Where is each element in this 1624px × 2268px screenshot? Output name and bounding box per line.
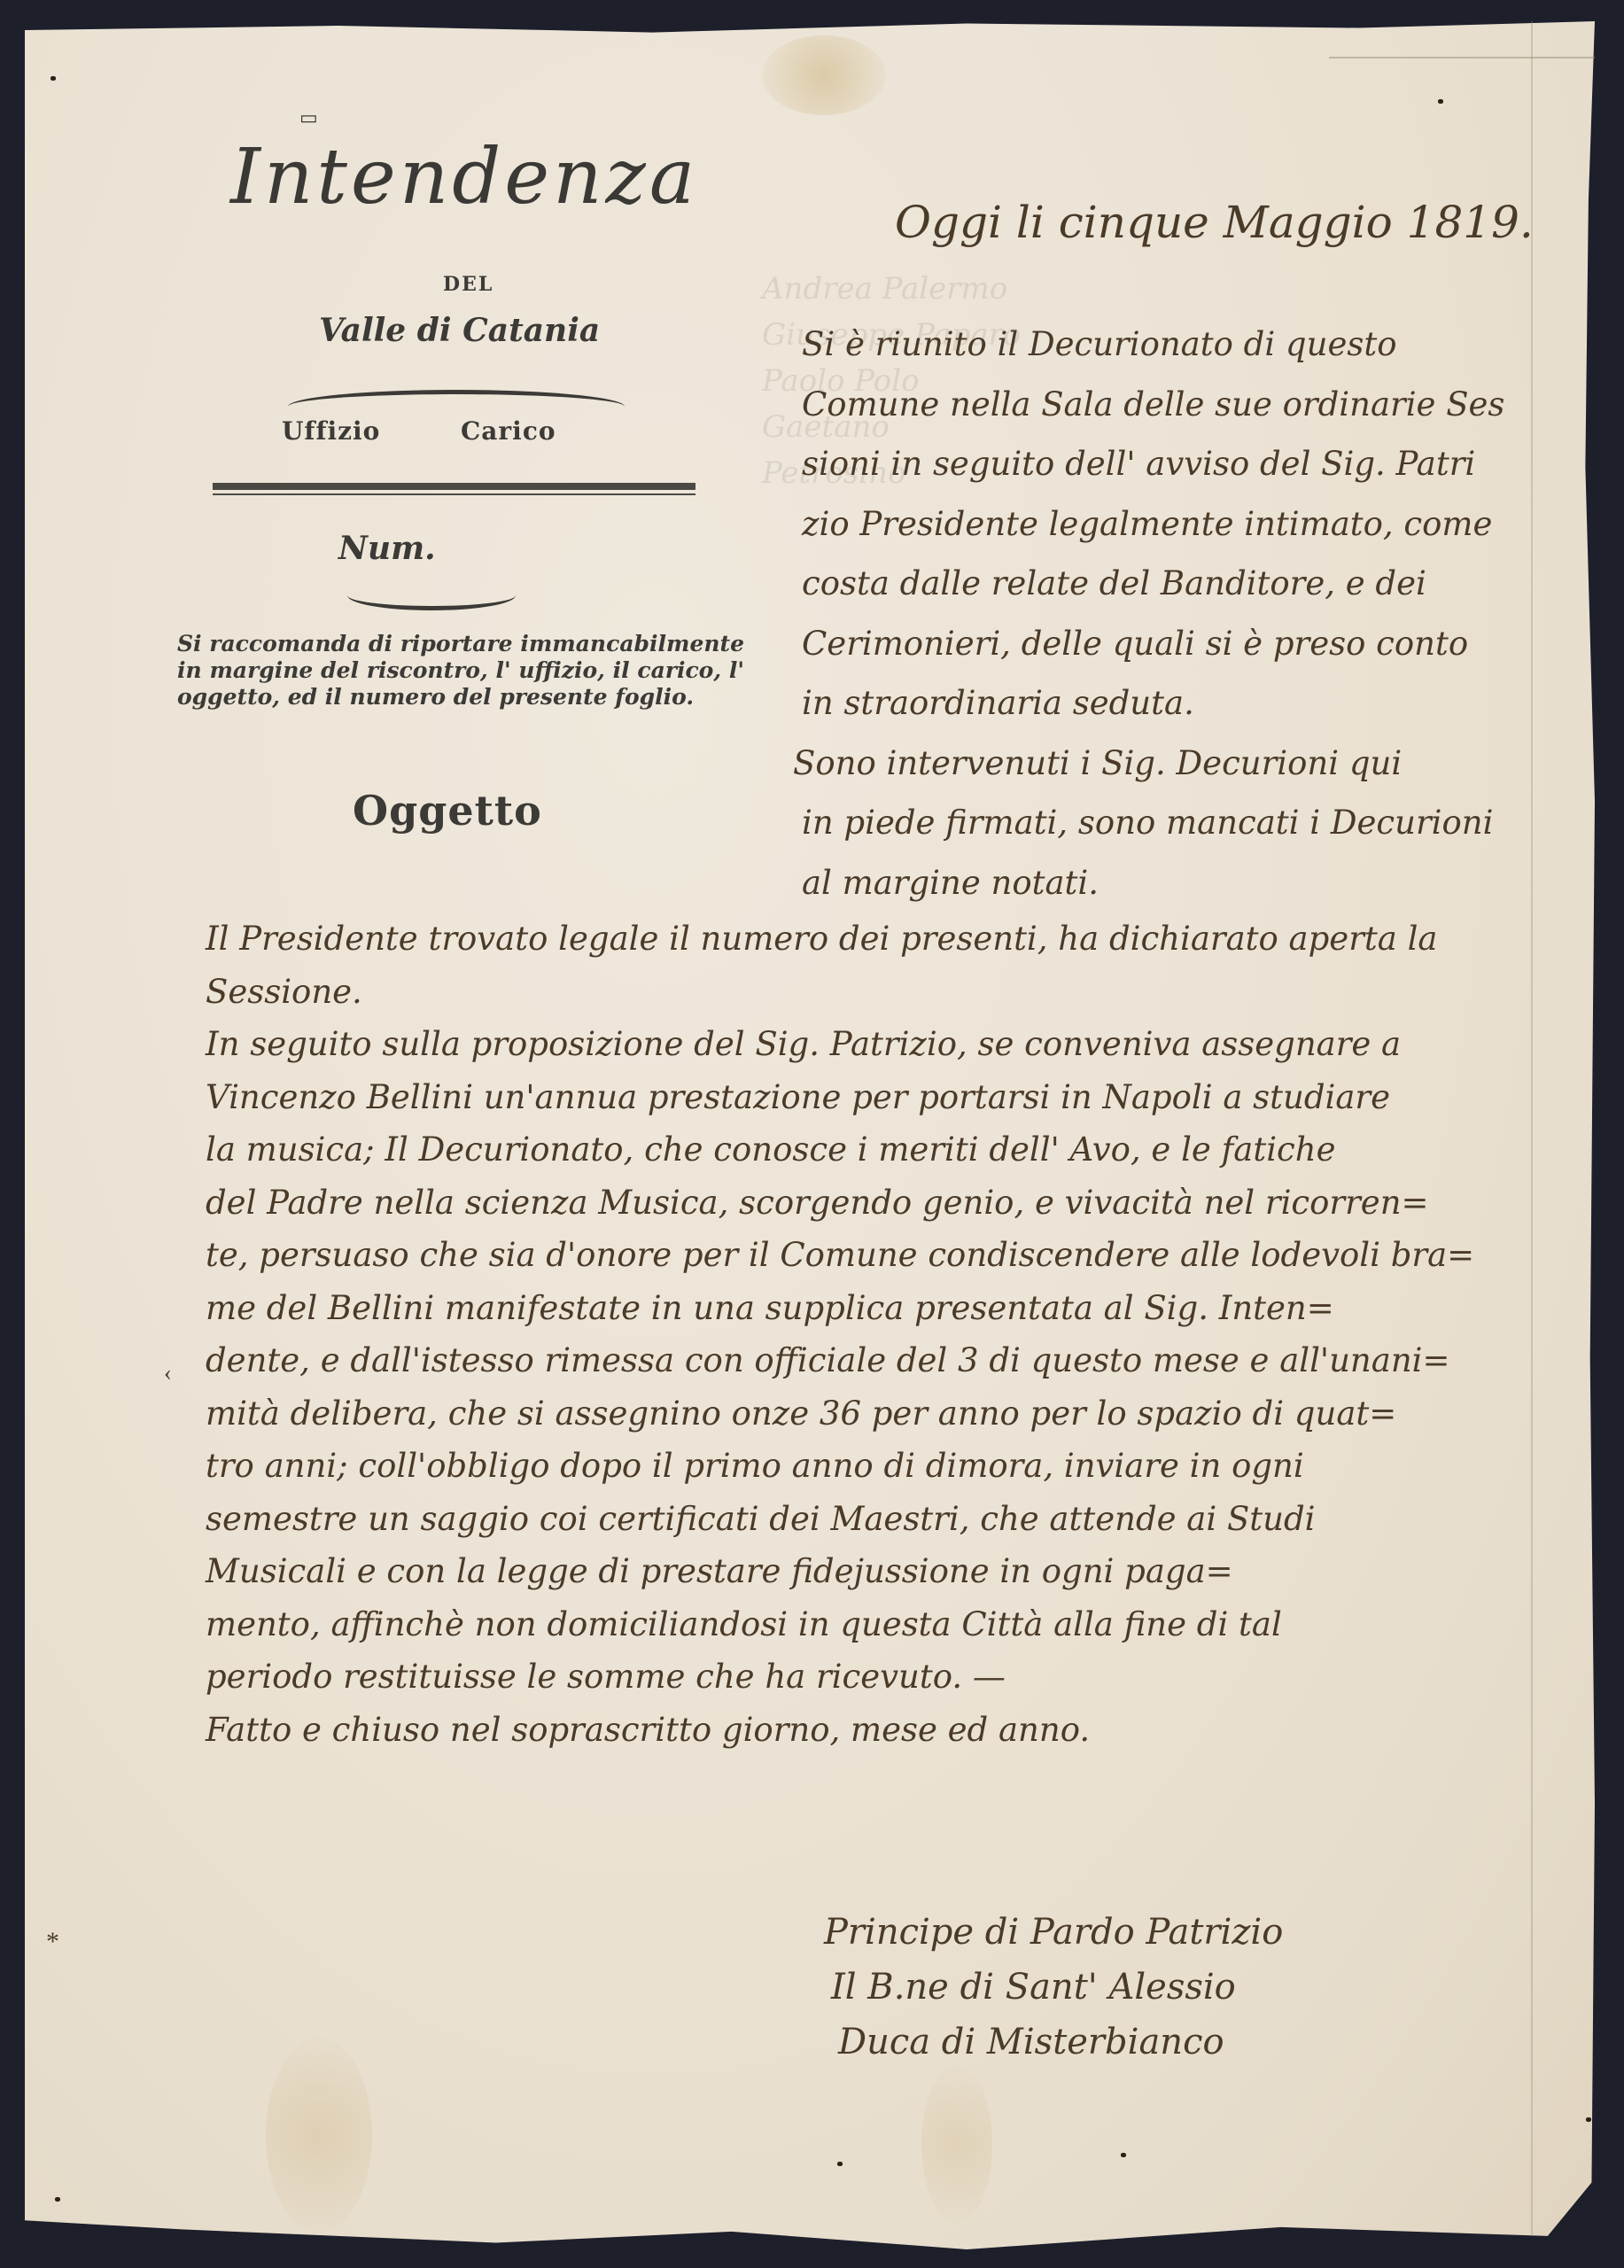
text-line: in straordinaria seduta. [802, 673, 1528, 734]
number-label: Num. [338, 530, 436, 567]
stain [921, 2064, 992, 2224]
paper-fold-line-top [1329, 57, 1595, 58]
text-line: in piede firmati, sono mancati i Decurio… [802, 793, 1528, 853]
text-line: zio Presidente legalmente intimato, come [802, 494, 1528, 555]
text-line: sioni in seguito dell' avviso del Sig. P… [802, 434, 1528, 494]
load-label: Carico [461, 416, 556, 446]
corner-mark: ▭ [299, 106, 318, 129]
paper-speck [51, 76, 56, 81]
body-paragraph: Il Presidente trovato legale il numero d… [206, 913, 1508, 1756]
signature: Principe di Pardo Patrizio [824, 1905, 1283, 1960]
text-line: la musica; Il Decurionato, che conosce i… [206, 1123, 1508, 1177]
paper-speck [1121, 2153, 1126, 2157]
instruction-notice: Si raccomanda di riportare immancabilmen… [177, 631, 744, 711]
paper-fold-line [1531, 21, 1533, 2236]
paper-speck [1586, 2117, 1591, 2122]
text-line: Vincenzo Bellini un'annua prestazione pe… [206, 1071, 1508, 1124]
paper-speck [837, 2162, 843, 2166]
date-line: Oggi li cinque Maggio 1819. [895, 197, 1534, 248]
letterhead-title: Intendenza [230, 133, 698, 221]
text-line: al margine notati. [802, 853, 1528, 913]
stain [266, 2038, 372, 2233]
signature: Duca di Misterbianco [824, 2015, 1283, 2070]
margin-tick-mark: ‹ [164, 1360, 172, 1386]
text-line: Musicali e con la legge di prestare fide… [206, 1545, 1508, 1598]
text-line: mità delibera, che si assegnino onze 36 … [206, 1387, 1508, 1441]
paper-speck [1438, 99, 1443, 104]
signatures-block: Principe di Pardo Patrizio Il B.ne di Sa… [824, 1905, 1283, 2070]
margin-asterisk-mark: * [46, 1927, 59, 1957]
letterhead-del: DEL [443, 273, 493, 296]
text-line: Si è riunito il Decurionato di questo [802, 315, 1528, 375]
stain [762, 35, 886, 115]
text-line: Fatto e chiuso nel soprascritto giorno, … [206, 1704, 1508, 1757]
text-line: Comune nella Sala delle sue ordinarie Se… [802, 375, 1528, 435]
letterhead-province: Valle di Catania [319, 312, 600, 349]
office-label: Uffizio [282, 416, 380, 446]
text-line: costa dalle relate del Banditore, e dei [802, 554, 1528, 614]
text-line: Sono intervenuti i Sig. Decurioni qui [793, 734, 1528, 794]
text-line: Cerimonieri, delle quali si è preso cont… [802, 614, 1528, 674]
text-line: periodo restituisse le somme che ha rice… [206, 1651, 1508, 1704]
paper-speck [55, 2197, 60, 2202]
text-line: mento, affinchè non domiciliandosi in qu… [206, 1598, 1508, 1651]
divider-rule-thin [213, 493, 695, 495]
subject-label: Oggetto [353, 787, 542, 835]
text-line: tro anni; coll'obbligo dopo il primo ann… [206, 1440, 1508, 1493]
divider-rule [213, 483, 695, 490]
text-line: Sessione. [206, 966, 1508, 1019]
text-line: del Padre nella scienza Musica, scorgend… [206, 1177, 1508, 1230]
text-line: dente, e dall'istesso rimessa con offici… [206, 1334, 1508, 1387]
text-line: me del Bellini manifestate in una suppli… [206, 1282, 1508, 1335]
signature: Il B.ne di Sant' Alessio [824, 1960, 1283, 2015]
text-line: Il Presidente trovato legale il numero d… [206, 913, 1508, 966]
opening-paragraph: Si è riunito il Decurionato di questo Co… [802, 315, 1528, 913]
text-line: In seguito sulla proposizione del Sig. P… [206, 1018, 1508, 1071]
text-line: te, persuaso che sia d'onore per il Comu… [206, 1229, 1508, 1282]
text-line: semestre un saggio coi certificati dei M… [206, 1493, 1508, 1546]
